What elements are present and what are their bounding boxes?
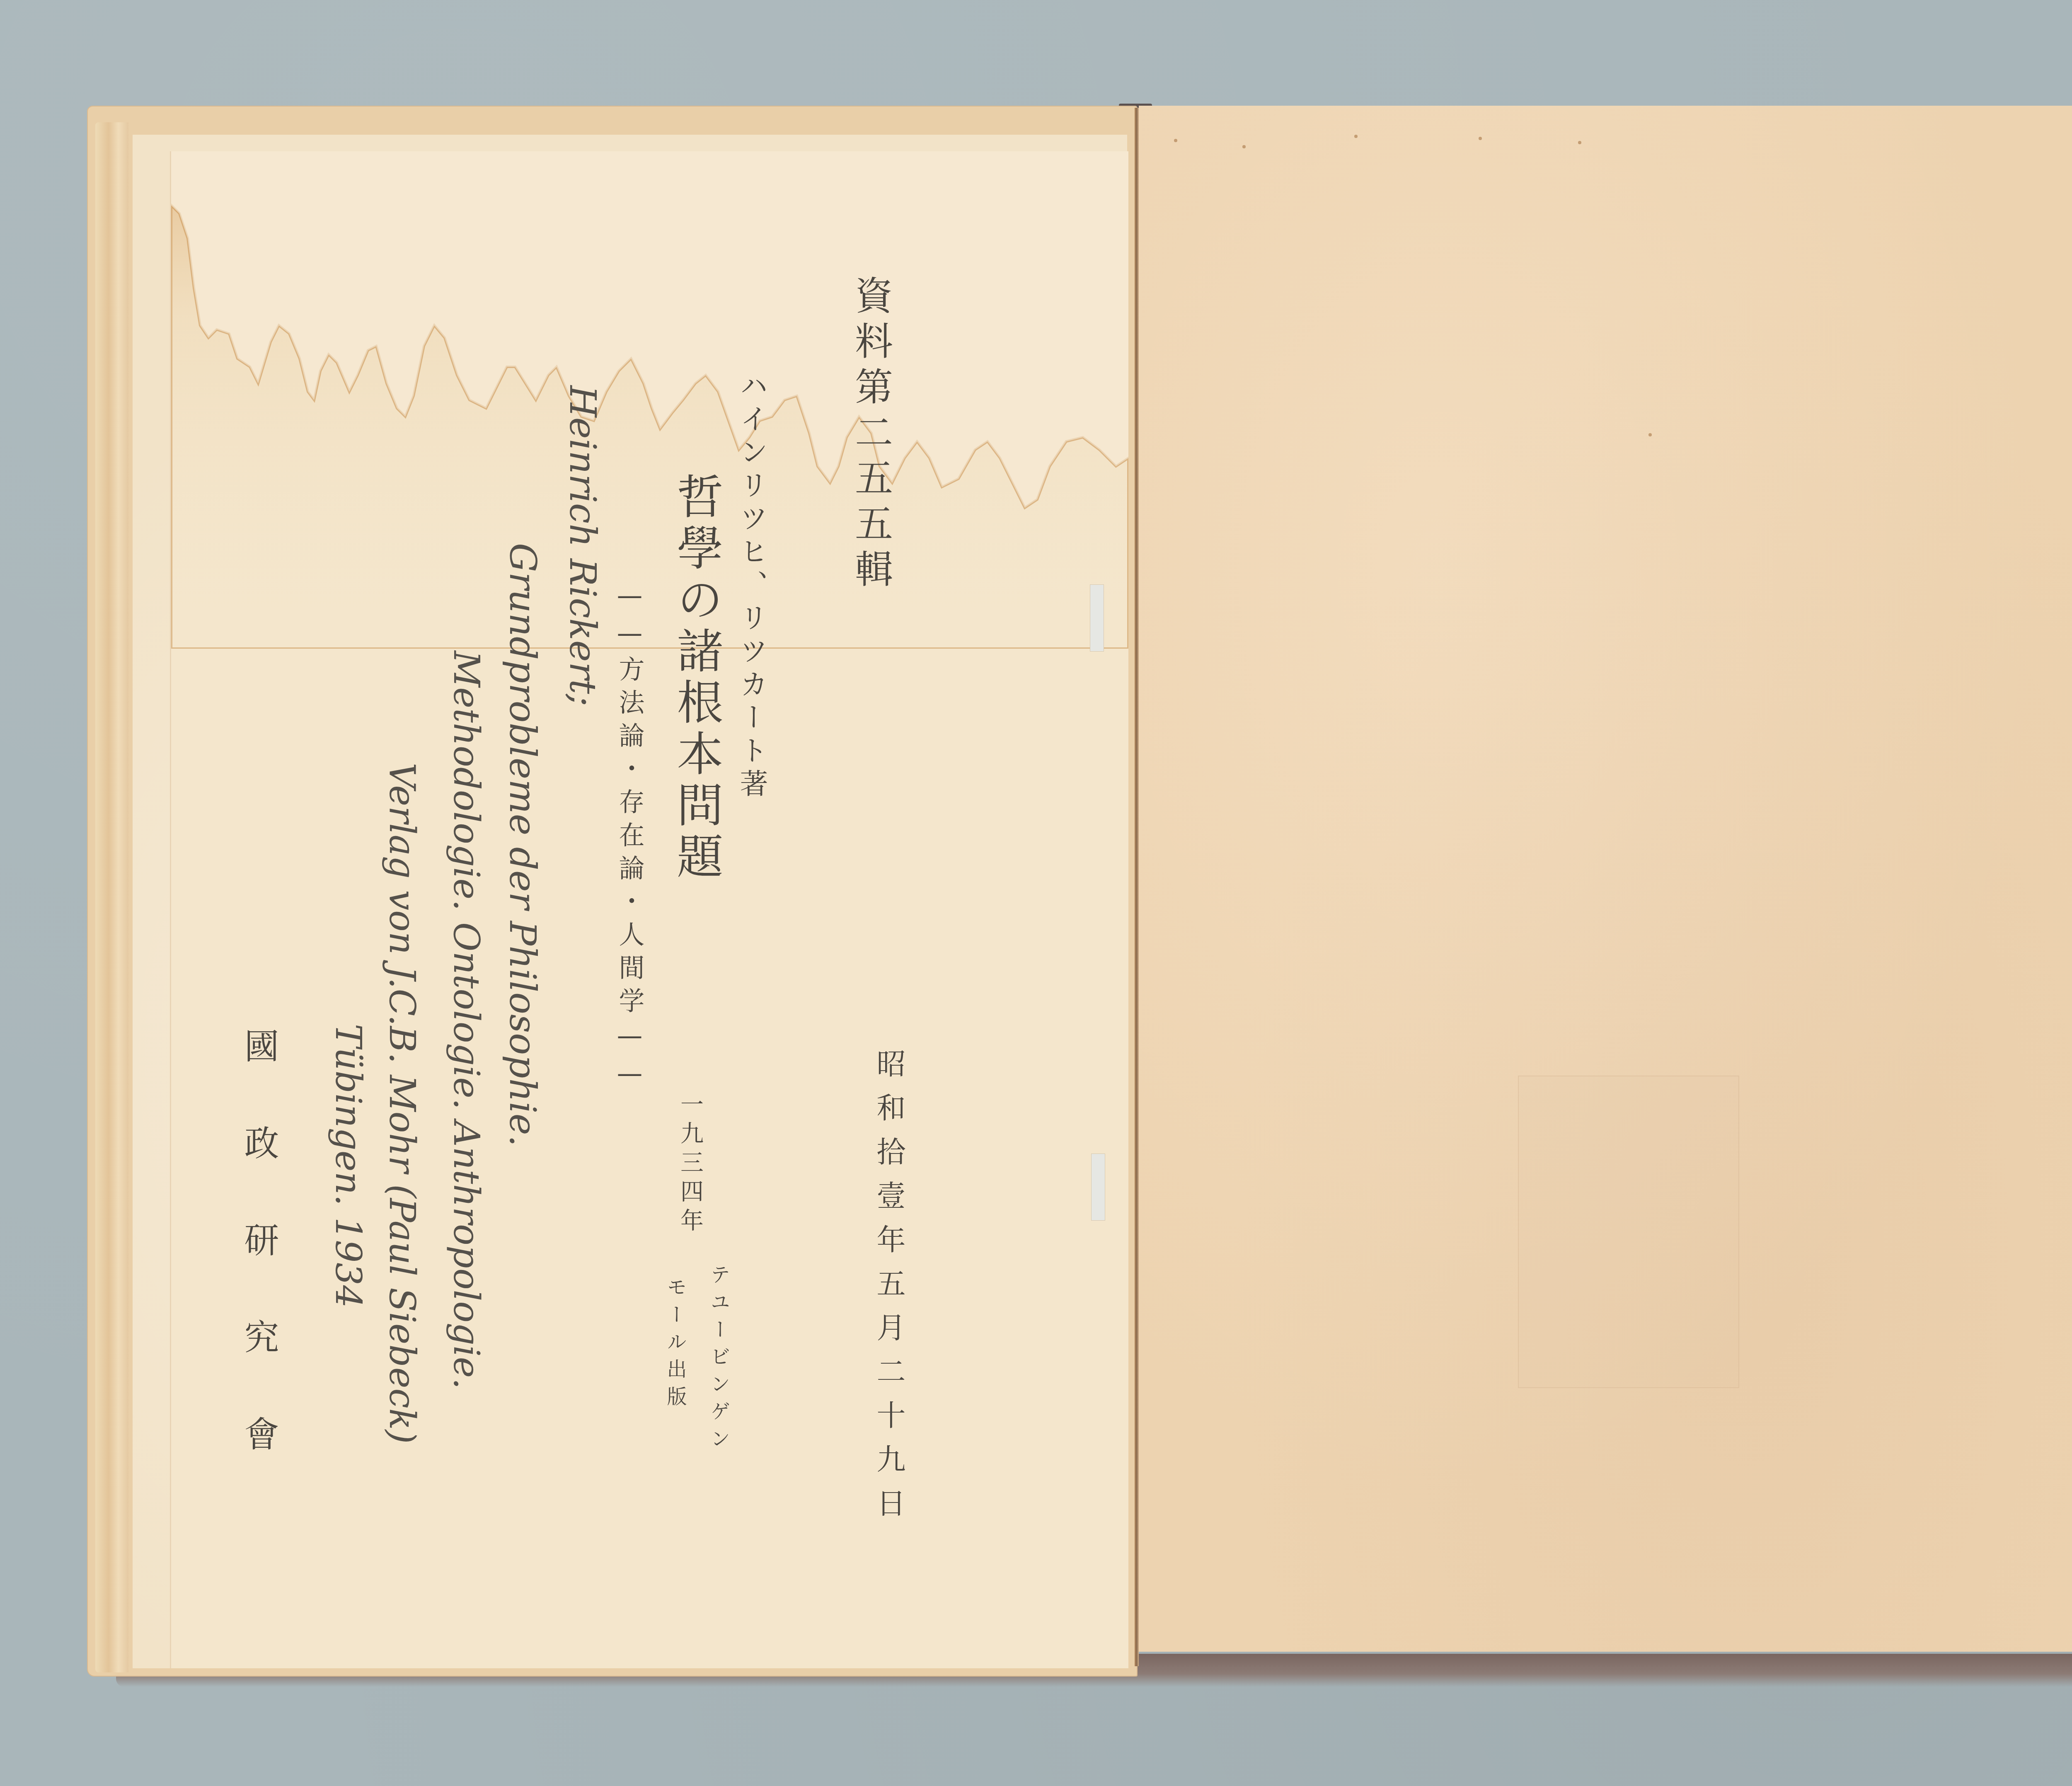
book-title: 哲學の諸根本問題 [663, 473, 730, 884]
book-subtitle: ——方法論・存在論・人間学—— [611, 580, 648, 1096]
foxing-spot [1479, 137, 1482, 140]
german-subtitle: Methodologie. Ontologie. Anthropologie. [445, 651, 487, 1389]
publisher: モール出版 [661, 1277, 690, 1413]
publication-year: 一九三四年 [673, 1092, 707, 1237]
publication-place: テユービンゲン [704, 1264, 733, 1456]
date-label: 昭和拾壹年五月二十九日 [868, 1049, 910, 1532]
right-page [1139, 106, 2072, 1652]
book-spine [1135, 108, 1139, 1666]
german-title: Grundprobleme der Philosophie. [501, 543, 544, 1146]
organization-name: 國政研究會 [234, 1028, 284, 1513]
staple-hole-bottom [1091, 1154, 1105, 1221]
german-author: Heinrich Rickert; [562, 385, 604, 706]
foxing-spot [1354, 135, 1358, 138]
page-stack-edge [95, 122, 128, 1672]
foxing-spot [1578, 141, 1581, 144]
title-page-sheet [170, 151, 1128, 1668]
foxing-spot [1648, 433, 1652, 436]
staple-hole-top [1090, 584, 1104, 652]
foxing-spot [1174, 139, 1177, 142]
german-publisher: Verlag von J.C.B. Mohr (Paul Siebeck) [381, 763, 423, 1444]
german-place-year: Tübingen. 1934 [327, 1024, 369, 1308]
water-stain [171, 151, 1128, 649]
series-label: 資料第二五五輯 [843, 276, 898, 595]
foxing-spot [1242, 145, 1246, 148]
faint-offset-mark [1518, 1076, 1739, 1388]
author-line: ハインリツヒ、リツカート著 [731, 371, 772, 802]
